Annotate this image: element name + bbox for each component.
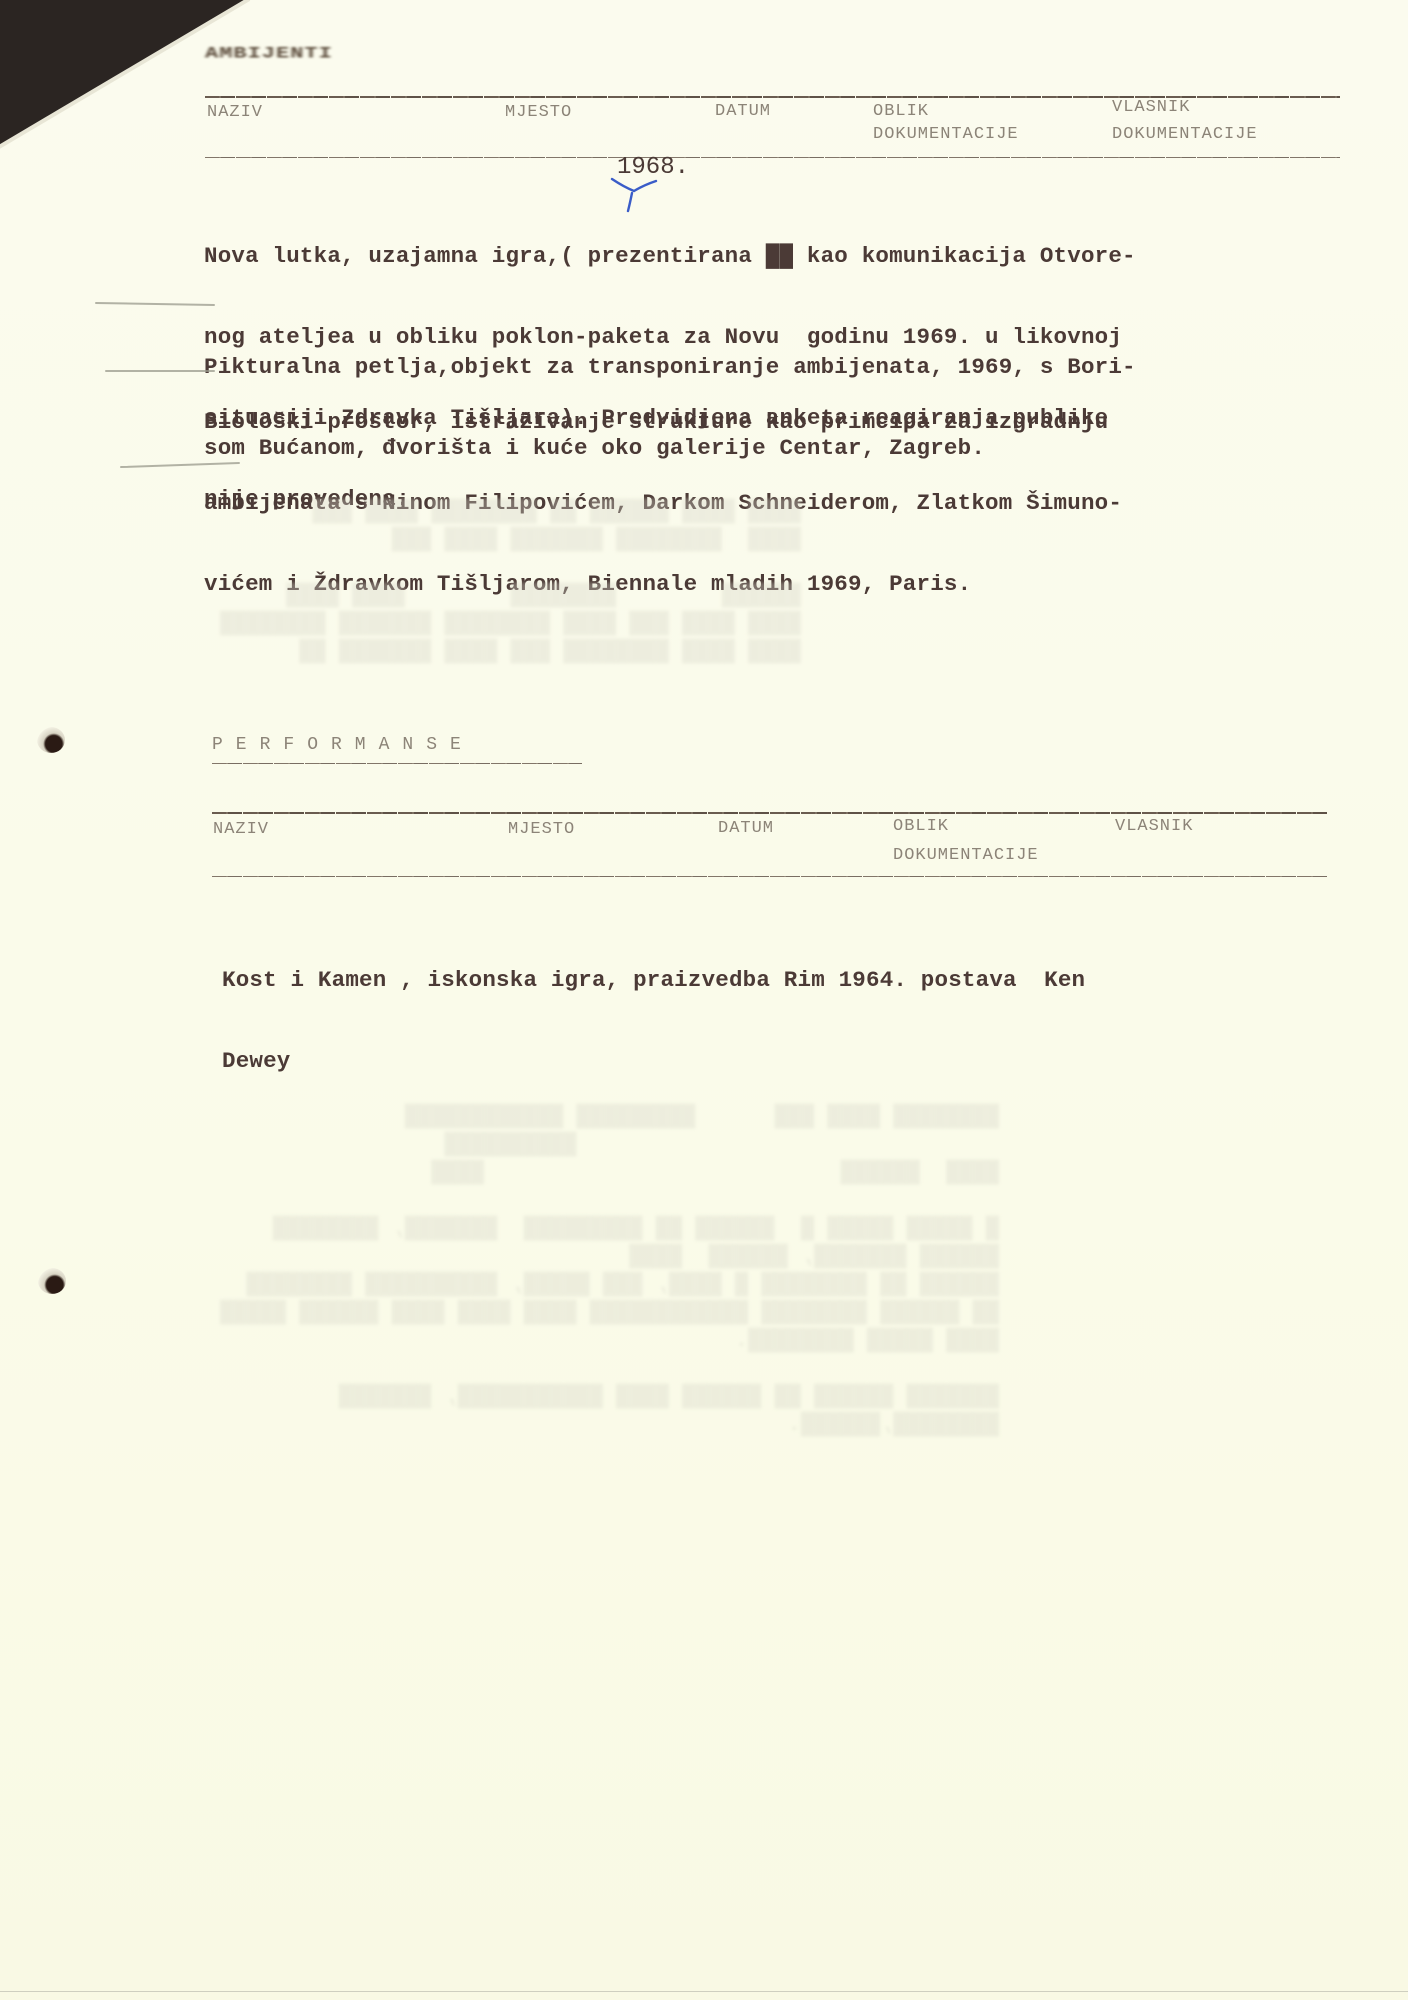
performanse-table-bottom-rule	[212, 876, 1327, 877]
col-head-naziv: NAZIV	[207, 103, 263, 123]
perf-col-head-oblik-2: DOKUMENTACIJE	[893, 846, 1039, 866]
punch-hole	[37, 727, 65, 753]
smudged-heading: AMBIJENTI	[205, 45, 333, 63]
perf-col-head-vlasnik: VLASNIK	[1115, 817, 1193, 837]
performanse-label-underline	[212, 763, 582, 764]
entry-line: Kost i Kamen , iskonska igra, praizvedba…	[222, 967, 1085, 994]
pencil-margin-line	[95, 302, 215, 306]
perf-col-head-oblik: OBLIK	[893, 817, 949, 837]
perf-col-head-datum: DATUM	[718, 819, 774, 839]
col-head-mjesto: MJESTO	[505, 103, 572, 123]
col-head-vlasnik: VLASNIK	[1112, 98, 1190, 118]
entry-line: Biološki prostor, istraživanje strukture…	[204, 409, 1122, 436]
bleed-through-text: ████ ████ ██████ ██ ████████ ████ ███ ██…	[220, 470, 801, 666]
upper-table-bottom-rule	[205, 157, 1340, 158]
punch-hole	[38, 1268, 66, 1294]
entry-line: Dewey	[222, 1048, 1085, 1075]
section-label-performanse: PERFORMANSE	[212, 735, 474, 755]
perf-col-head-naziv: NAZIV	[213, 820, 269, 840]
entry-line: Nova lutka, uzajamna igra,( prezentirana…	[204, 243, 1136, 270]
page-bottom-edge	[0, 1991, 1408, 1992]
col-head-datum: DATUM	[715, 102, 771, 122]
document-page: AMBIJENTI NAZIV MJESTO DATUM OBLIK DOKUM…	[0, 0, 1408, 2000]
col-head-vlasnik-2: DOKUMENTACIJE	[1112, 125, 1258, 145]
performanse-table-top-rule	[212, 812, 1327, 814]
bleed-through-text: ████████ ████ ███ █████████ ████████████…	[220, 1075, 999, 1439]
col-head-oblik-2: DOKUMENTACIJE	[873, 125, 1019, 145]
perf-col-head-mjesto: MJESTO	[508, 820, 575, 840]
pencil-margin-line	[105, 370, 215, 372]
col-head-oblik: OBLIK	[873, 102, 929, 122]
